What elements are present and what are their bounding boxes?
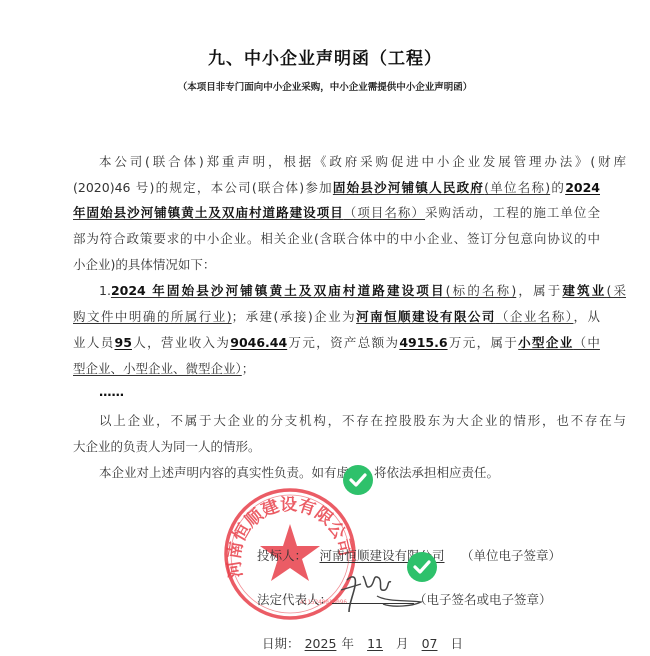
project-name: 年固始县沙河铺镇黄土及双庙村道路建设项目 bbox=[73, 205, 344, 220]
company-name: 河南恒顺建设有限公司 bbox=[356, 309, 496, 324]
document-title: 九、中小企业声明函（工程） bbox=[0, 44, 650, 69]
revenue: 9046.44 bbox=[230, 335, 287, 350]
date-line: 日期：2025年11月07日 bbox=[262, 634, 463, 652]
handwritten-signature bbox=[337, 566, 427, 616]
enterprise-size: 小型企业 bbox=[518, 335, 573, 350]
para1-line3: 年固始县沙河铺镇黄土及双庙村道路建设项目（项目名称）采购活动，工程的施工单位全 bbox=[73, 205, 600, 221]
verified-check-icon bbox=[343, 465, 373, 495]
total-assets: 4915.6 bbox=[399, 335, 447, 350]
para1-line2: (2020)46 号)的规定，本公司(联合体)参加固始县沙河铺镇人民政府(单位名… bbox=[73, 180, 600, 196]
target-name: 2024 年固始县沙河铺镇黄土及双庙村道路建设项目 bbox=[111, 283, 446, 298]
para2-line2: 大企业的负责人为同一人的情形。 bbox=[73, 439, 600, 455]
unit-name: 固始县沙河铺镇人民政府 bbox=[333, 180, 484, 195]
para1-line5: 小企业)的具体情况如下： bbox=[73, 257, 600, 273]
item1-line4: 型企业、小型企业、微型企业）； bbox=[73, 361, 600, 377]
para1-line1: 本公司(联合体)郑重声明，根据《政府采购促进中小企业发展管理办法》(财库 bbox=[73, 154, 626, 170]
para2-line1: 以上企业，不属于大企业的分支机构，不存在控股股东为大企业的情形，也不存在与 bbox=[73, 413, 626, 429]
industry: 建筑业 bbox=[562, 283, 606, 298]
staff-count: 95 bbox=[115, 335, 132, 350]
ellipsis: …… bbox=[73, 384, 626, 400]
date-day: 07 bbox=[409, 636, 451, 651]
document-subtitle: （本项目非专门面向中小企业采购，中小企业需提供中小企业声明函） bbox=[0, 79, 650, 93]
para1-line4: 部为符合政策要求的中小企业。相关企业(含联合体中的中小企业、签订分包意向协议的中 bbox=[73, 231, 600, 247]
date-year: 2025 bbox=[300, 636, 342, 651]
date-month: 11 bbox=[354, 636, 396, 651]
item1-line2: 购文件中明确的所属行业)；承建(承接)企业为河南恒顺建设有限公司（企业名称），从 bbox=[73, 309, 600, 325]
item1-line3: 业人员95人，营业收入为9046.44万元，资产总额为4915.6万元，属于小型… bbox=[73, 335, 600, 351]
item1-line1: 1.2024 年固始县沙河铺镇黄土及双庙村道路建设项目(标的名称)，属于建筑业(… bbox=[73, 283, 626, 299]
